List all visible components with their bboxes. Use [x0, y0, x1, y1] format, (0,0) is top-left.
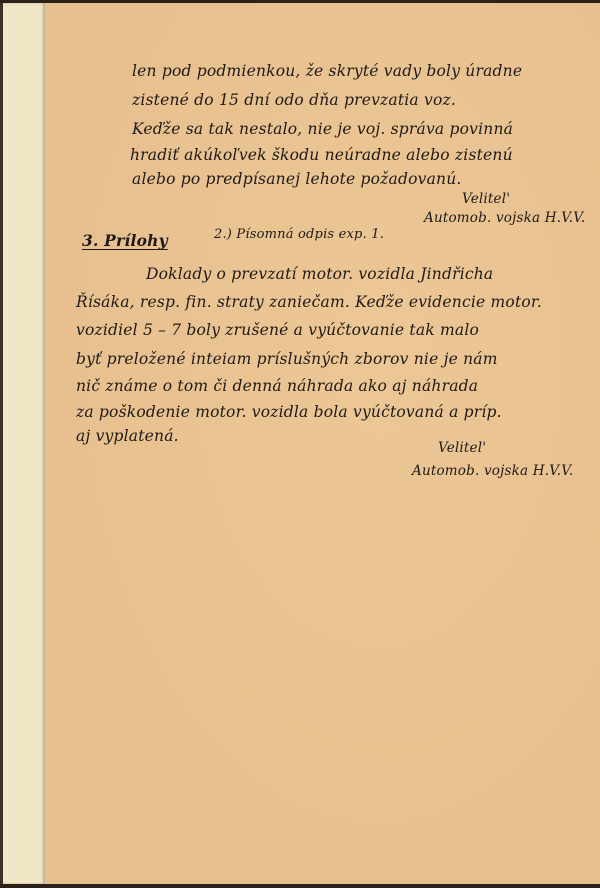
handwritten-page: len pod podmienkou, že skryté vady boly …	[46, 3, 600, 884]
signature-2-title: Velitel'	[438, 440, 486, 456]
paragraph-1-line-3: Keďže sa tak nestalo, nie je voj. správa…	[132, 120, 513, 138]
paragraph-1-line-4: hradiť akúkoľvek škodu neúradne alebo zi…	[130, 146, 513, 164]
paragraph-2-line-7: aj vyplatená.	[76, 427, 179, 445]
scan-left-border	[0, 3, 3, 884]
paragraph-2-line-6: za poškodenie motor. vozidla bola vyúčto…	[76, 403, 502, 421]
signature-2-unit: Automob. vojska H.V.V.	[412, 463, 573, 479]
paragraph-1-line-2: zistené do 15 dní odo dňa prevzatia voz.	[132, 91, 456, 109]
paragraph-2-line-2: Řísáka, resp. fin. straty zaniečam. Keďž…	[76, 293, 542, 311]
paragraph-2-line-3: vozidiel 5 – 7 boly zrušené a vyúčtovani…	[76, 321, 479, 339]
signature-1-unit: Automob. vojska H.V.V.	[424, 210, 585, 226]
paragraph-1-line-1: len pod podmienkou, že skryté vady boly …	[132, 62, 522, 80]
section-heading: 3. Prílohy	[82, 231, 168, 250]
paragraph-2-line-4: byť preložené inteiam príslušných zborov…	[76, 350, 498, 368]
paragraph-2-line-1: Doklady o prevzatí motor. vozidla Jindři…	[146, 265, 493, 283]
paragraph-1-line-5: alebo po predpísanej lehote požadovanú.	[132, 170, 462, 188]
paragraph-2-line-5: nič známe o tom či denná náhrada ako aj …	[76, 377, 478, 395]
signature-1-title: Velitel'	[462, 191, 510, 207]
scan-bottom-border	[0, 884, 600, 888]
attachment-note: 2.) Písomná odpis exp. 1.	[214, 227, 384, 242]
underlying-page-edge	[0, 3, 45, 884]
line-text: len pod podmienkou, že skryté vady boly …	[132, 62, 522, 80]
